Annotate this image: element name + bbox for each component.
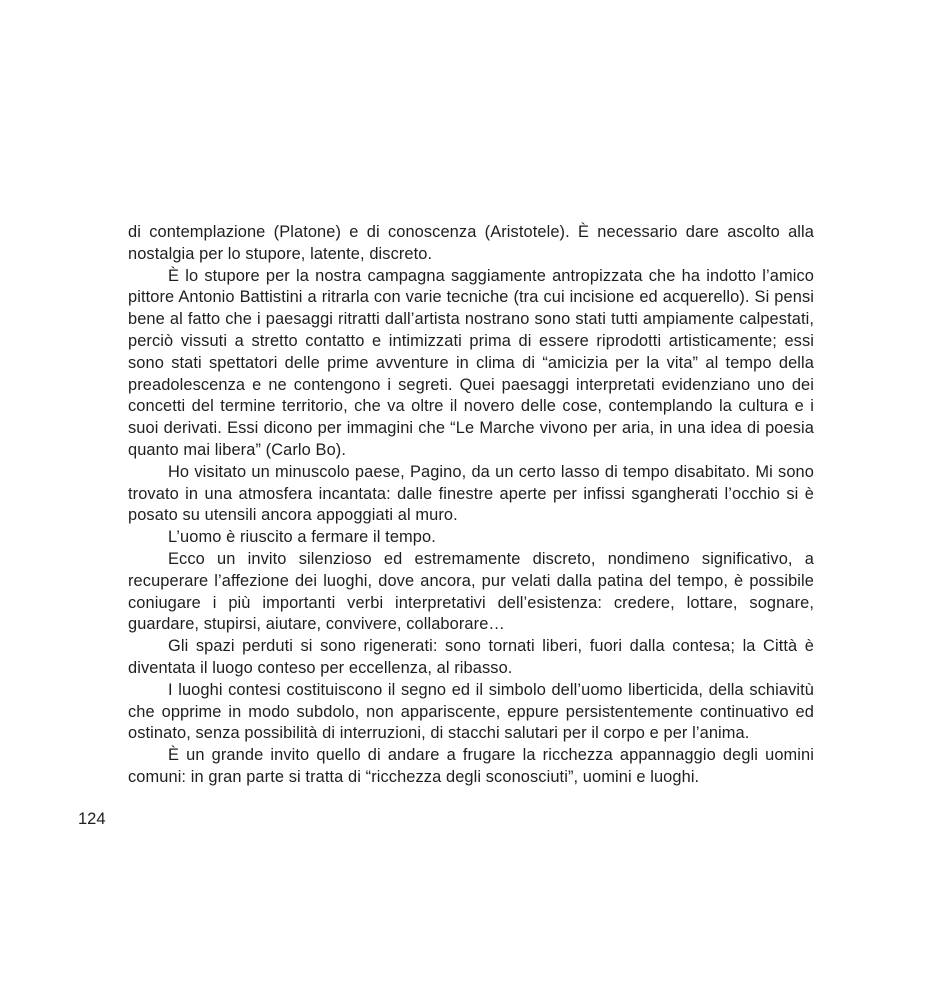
paragraph: Gli spazi perduti si sono rigenerati: so… (128, 636, 814, 680)
paragraph: L’uomo è riuscito a fermare il tempo. (128, 527, 814, 549)
paragraph: Ecco un invito silenzioso ed estremament… (128, 549, 814, 636)
paragraph: È lo stupore per la nostra campagna sagg… (128, 266, 814, 462)
paragraph: I luoghi contesi costituiscono il segno … (128, 680, 814, 745)
book-page: di contemplazione (Platone) e di conosce… (0, 0, 942, 1000)
paragraph: È un grande invito quello di andare a fr… (128, 745, 814, 789)
page-number: 124 (78, 809, 106, 829)
paragraph: di contemplazione (Platone) e di conosce… (128, 222, 814, 266)
paragraph: Ho visitato un minuscolo paese, Pagino, … (128, 462, 814, 527)
body-text: di contemplazione (Platone) e di conosce… (128, 222, 814, 789)
